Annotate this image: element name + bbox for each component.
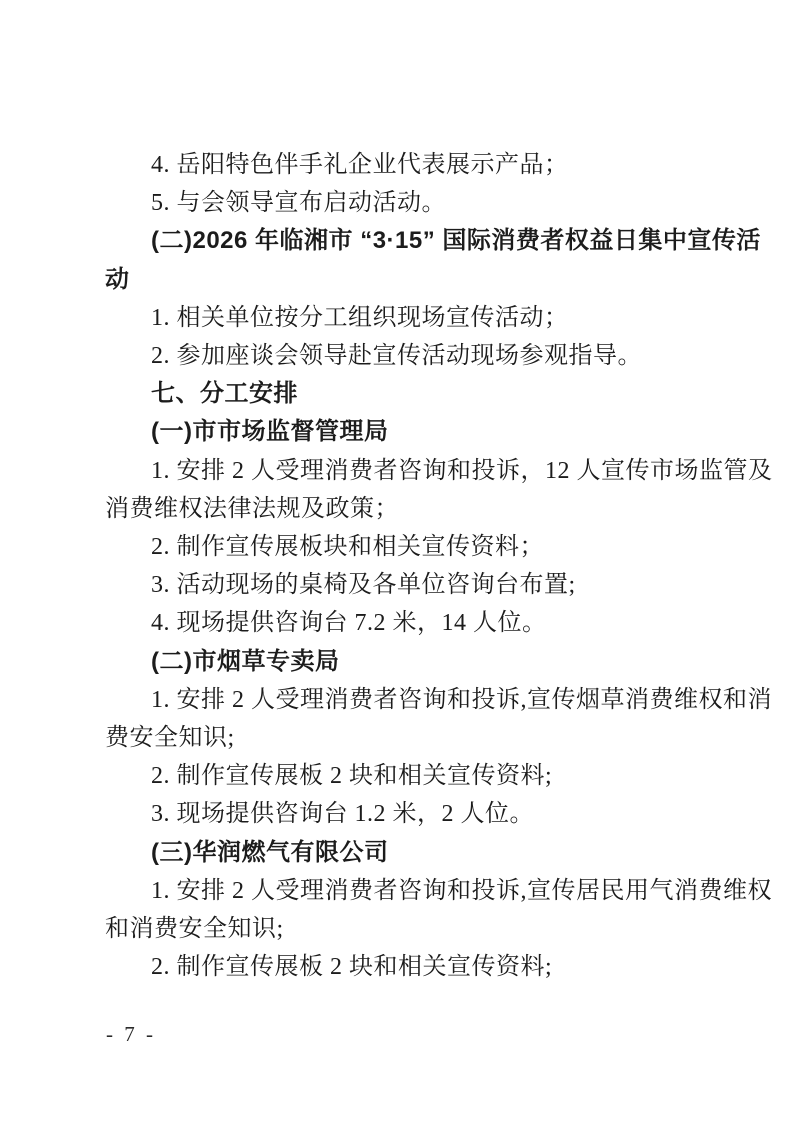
text-line: 5. 与会领导宣布启动活动。 (105, 184, 707, 222)
text-line: 和消费安全知识; (105, 910, 707, 948)
text-line: 3. 活动现场的桌椅及各单位咨询台布置; (105, 566, 707, 604)
text-line: 2. 制作宣传展板 2 块和相关宣传资料; (105, 948, 707, 986)
text-line: (一)市市场监督管理局 (105, 413, 707, 451)
text-line: 2. 制作宣传展板块和相关宣传资料； (105, 528, 707, 566)
document-page: 4. 岳阳特色伴手礼企业代表展示产品；5. 与会领导宣布启动活动。(二)2026… (0, 0, 793, 1122)
text-line: 消费维权法律法规及政策； (105, 490, 707, 528)
text-line: 1. 安排 2 人受理消费者咨询和投诉,宣传烟草消费维权和消 (105, 681, 707, 719)
text-line: 1. 安排 2 人受理消费者咨询和投诉，12 人宣传市场监管及 (105, 452, 707, 490)
text-line: 七、分工安排 (105, 375, 707, 413)
text-line: 2. 制作宣传展板 2 块和相关宣传资料; (105, 757, 707, 795)
text-line: (三)华润燃气有限公司 (105, 834, 707, 872)
document-body: 4. 岳阳特色伴手礼企业代表展示产品；5. 与会领导宣布启动活动。(二)2026… (105, 146, 707, 986)
text-line: 3. 现场提供咨询台 1.2 米，2 人位。 (105, 795, 707, 833)
text-line: 4. 岳阳特色伴手礼企业代表展示产品； (105, 146, 707, 184)
text-line: 2. 参加座谈会领导赴宣传活动现场参观指导。 (105, 337, 707, 375)
text-line: (二)2026 年临湘市 “3·15” 国际消费者权益日集中宣传活 (105, 222, 707, 260)
text-line: 动 (105, 261, 707, 299)
text-line: 1. 相关单位按分工组织现场宣传活动； (105, 299, 707, 337)
text-line: 4. 现场提供咨询台 7.2 米，14 人位。 (105, 604, 707, 642)
text-line: (二)市烟草专卖局 (105, 643, 707, 681)
page-number: - 7 - (106, 1022, 156, 1047)
text-line: 1. 安排 2 人受理消费者咨询和投诉,宣传居民用气消费维权 (105, 872, 707, 910)
text-line: 费安全知识; (105, 719, 707, 757)
